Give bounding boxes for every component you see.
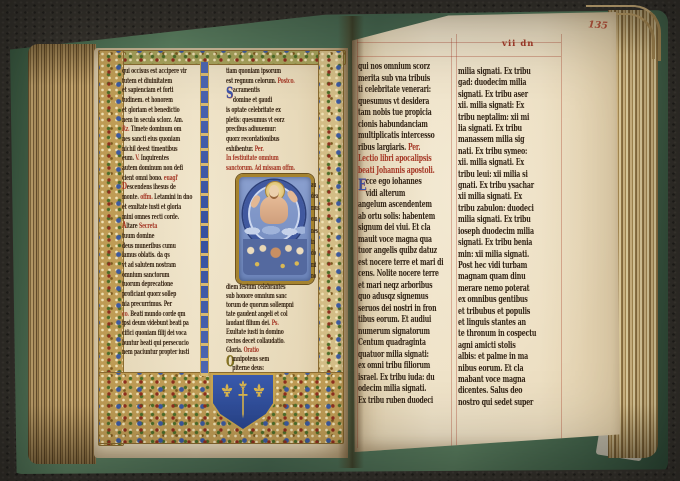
ruling-line (357, 56, 561, 57)
text-line: quatuor milia signati: (358, 350, 452, 362)
column-divider-bar (200, 62, 209, 376)
text-line: agni amicti stolis (458, 341, 556, 352)
ruling-line (456, 34, 457, 448)
text-line: ab ortu solis: habentem (358, 212, 452, 224)
text-line: proficiant quorz sollep (122, 289, 199, 299)
text-line: vidi alterum (358, 189, 452, 201)
text-line: nes sancti eius quoniam (122, 134, 199, 144)
running-header: vii dn (502, 39, 534, 49)
text-line: tudinem. et honorem (122, 95, 199, 105)
text-line: et exultate iusti et gloria (122, 202, 199, 212)
text-line: laudant filium dei. Ps. (226, 318, 318, 327)
text-line: lia signati. Ex tribu (458, 124, 556, 135)
text-line: xii. milia signati. Ex (458, 158, 556, 169)
text-line: cionis habundanciam (358, 120, 452, 132)
text-line: rectos decet collaudatio. (226, 336, 318, 345)
text-line: gad: duodecim milia (458, 78, 556, 89)
left-page-column-2-top-text: tiam quoniam ipsorumest regnum celorum. … (226, 66, 318, 173)
text-line: ribus largiaris. Per. (358, 143, 452, 155)
text-line: ipsi deum videbunt beati pa (122, 318, 199, 328)
text-line: do (311, 247, 334, 258)
gutter-shadow (338, 16, 364, 468)
right-page-column-1-text: qui nos omnium scorzmerita sub vna tribu… (358, 62, 452, 407)
text-line: angelum ascendentem (358, 200, 452, 212)
text-line: tiam quoniam ipsorum (226, 66, 318, 76)
text-line: buntur beati qui persecucio (122, 338, 199, 348)
text-line: milia signati. Ex tribu (458, 67, 556, 78)
text-line: Post hec vidi turbam (458, 261, 556, 272)
text-line: qui nos omnium scorz (358, 62, 452, 74)
text-line: diem festum celebrantes (226, 282, 318, 291)
text-line: tate gaudent angeli et col (226, 309, 318, 318)
right-text-page: 135 vii dn qui nos omnium scorzmerita su… (352, 12, 620, 452)
folio-number: 135 (588, 19, 609, 31)
left-page-column-2-bottom-text: diem festum celebrantessub honore omnium… (226, 282, 318, 372)
left-page-column-1-text: qui occisus est accipere virtutem et diu… (122, 66, 199, 357)
text-line: is optate celebritate ex (226, 105, 318, 115)
text-line: Lectio libri apocalipsis (358, 154, 452, 166)
text-line: nes (311, 225, 334, 236)
text-line: quesumus vt desidera (358, 97, 452, 109)
right-page-column-2-text: milia signati. Ex tribugad: duodecim mil… (458, 67, 556, 409)
text-line: nati. Ex tribu symeo: (458, 147, 556, 158)
text-line: signum dei viui. Et cla (358, 223, 452, 235)
text-line: seruos dei nostri in fron (358, 304, 452, 316)
text-beside-miniature: audeamusomnesindomino (311, 179, 334, 282)
text-line: nibus eorum. Et cla (458, 364, 556, 375)
historiated-initial-miniature (236, 174, 314, 284)
text-line: omnium sanctorum (122, 270, 199, 280)
text-line: Altare Secreta (122, 221, 199, 231)
text-line: xii milia signati. Ex (458, 192, 556, 203)
text-line: nichil deest timentibus (122, 144, 199, 154)
fleur-de-lis-icon (239, 380, 246, 389)
text-line: merita sub vna tribuis (358, 74, 452, 86)
text-line: nem in secula sclorz. Am. (122, 115, 199, 125)
text-line: manassem milia sig (458, 135, 556, 146)
text-line: Exultate iusti in domino (226, 327, 318, 336)
text-line: tuum domine (122, 231, 199, 241)
text-line: tutem et diuinitatem (122, 76, 199, 86)
text-line: gnati. Ex tribu ysachar (458, 181, 556, 192)
text-line: pletis: quesumus vt eorz (226, 115, 318, 125)
text-line: tuor angelis quibz datuz (358, 246, 452, 258)
text-line: nostro qui sedet super (458, 398, 556, 409)
text-line: tam nobis tue propicia (358, 108, 452, 120)
text-line: cens. Nolite nocere terre (358, 269, 452, 281)
text-line: Ecce ego iohannes (358, 177, 452, 189)
text-line: odecim milia signati. (358, 384, 452, 396)
text-line: om (311, 213, 334, 224)
text-line: albis: et palme in ma (458, 352, 556, 363)
text-line: signati. Ex tribu benia (458, 238, 556, 249)
text-line: mini omnes recti corde. (122, 212, 199, 222)
text-line: ioseph duodecim milia (458, 227, 556, 238)
text-line: et mari neqz arboribus (358, 281, 452, 293)
clouds (243, 223, 305, 239)
text-line: mi (311, 259, 334, 270)
text-line: te thronum in cospectu (458, 329, 556, 340)
text-line: precibus adiuuemur: (226, 124, 318, 134)
text-line: mus (311, 202, 334, 213)
text-line: magnam quam dinu (458, 272, 556, 283)
text-line: tribu neptalim: xii mi (458, 113, 556, 124)
text-line: au (311, 179, 334, 190)
text-line: Omnipotens sem (226, 354, 318, 363)
illuminated-border-top (98, 50, 346, 65)
text-line: Centum quadraginta (358, 338, 452, 350)
text-line: ti celebritate venerari: (358, 85, 452, 97)
text-line: nem paciuntur propter iusti (122, 347, 199, 357)
christ-head (269, 185, 279, 199)
text-line: sanctorum. Ad missam offm. (226, 163, 318, 173)
text-line: Ex tribu ruben duodeci (358, 396, 452, 408)
text-line: beati Johannis apostoli. (358, 166, 452, 178)
text-line: Rz. Timete dominum om (122, 124, 199, 134)
text-line: sub honore omnium sanc (226, 291, 318, 300)
saints-group (243, 239, 307, 275)
text-line: ex omni tribu filiorum (358, 361, 452, 373)
text-line: et tribubus et populis (458, 307, 556, 318)
text-line: domine et gaudi (226, 95, 318, 105)
christ-figure (260, 196, 288, 224)
text-line: lamus oblatis. da qs (122, 250, 199, 260)
text-line: merare nemo poterat (458, 284, 556, 295)
text-line: cient omni bono. euagl' (122, 173, 199, 183)
text-line: tuorum deprecatione (122, 279, 199, 289)
text-line: Gloria. Oratio (226, 345, 318, 354)
text-line: co. Beati mundo corde qm (122, 309, 199, 319)
fleur-de-lis-icon (254, 384, 264, 397)
text-line: eum. V. Inquirentes (122, 153, 199, 163)
text-line: est nocere terre et mari di (358, 258, 452, 270)
text-line: deus muneribus cumu (122, 241, 199, 251)
text-line: mabant voce magna (458, 375, 556, 386)
text-line: cifici quoniam filij dei voca (122, 328, 199, 338)
sword-icon (239, 390, 248, 419)
text-line: multiplicatis intercesso (358, 131, 452, 143)
left-page-block-edge (28, 44, 96, 464)
text-line: autem dominum non defi (122, 163, 199, 173)
text-line: est regnum celorum. Postco. (226, 76, 318, 86)
text-line: signati. Ex tribu aser (458, 90, 556, 101)
text-line: xii. milia signati: Ex (458, 101, 556, 112)
text-line: et linguis stantes an (458, 318, 556, 329)
text-line: in (311, 236, 334, 247)
text-line: dea (311, 190, 334, 201)
text-line: In festiuitate omnium (226, 153, 318, 163)
text-line: milia signati. Ex tribu (458, 215, 556, 226)
text-line: piterne deus: (226, 363, 318, 372)
text-line: et sapienciam et forti (122, 85, 199, 95)
manuscript-photo: qui occisus est accipere virtutem et diu… (0, 0, 680, 481)
text-line: tribu leui: xii milia si (458, 170, 556, 181)
text-line: nia precurrimus. Per (122, 299, 199, 309)
text-line: numerum signatorum (358, 327, 452, 339)
text-line: mauit voce magna qua (358, 235, 452, 247)
ruling-line (561, 34, 562, 448)
text-line: tibus eorum. Et audiui (358, 315, 452, 327)
text-line: exhibentur. Per. (226, 144, 318, 154)
text-line: quo adusqz signemus (358, 292, 452, 304)
fleur-de-lis-icon (222, 384, 232, 397)
text-line: dicentes. Salus deo (458, 386, 556, 397)
text-line: Descendens ihesus de (122, 182, 199, 192)
text-line: no (311, 270, 334, 281)
text-line: qui occisus est accipere vir (122, 66, 199, 76)
text-line: israel. Ex tribu iuda: du (358, 373, 452, 385)
text-line: tribu zabulon: duodeci (458, 204, 556, 215)
text-line: min: xii milia signati. (458, 250, 556, 261)
text-line: et gloriam et benedictio (122, 105, 199, 115)
text-line: monte. offm. Letamini in dno (122, 192, 199, 202)
text-line: vt ad salutem nostram (122, 260, 199, 270)
text-line: torum de quorum sollempni (226, 300, 318, 309)
text-line: ex omnibus gentibus (458, 295, 556, 306)
text-line: Sacramentis (226, 85, 318, 95)
left-illuminated-page: qui occisus est accipere virtutem et diu… (94, 48, 348, 458)
text-line: quorz recordationibus (226, 134, 318, 144)
